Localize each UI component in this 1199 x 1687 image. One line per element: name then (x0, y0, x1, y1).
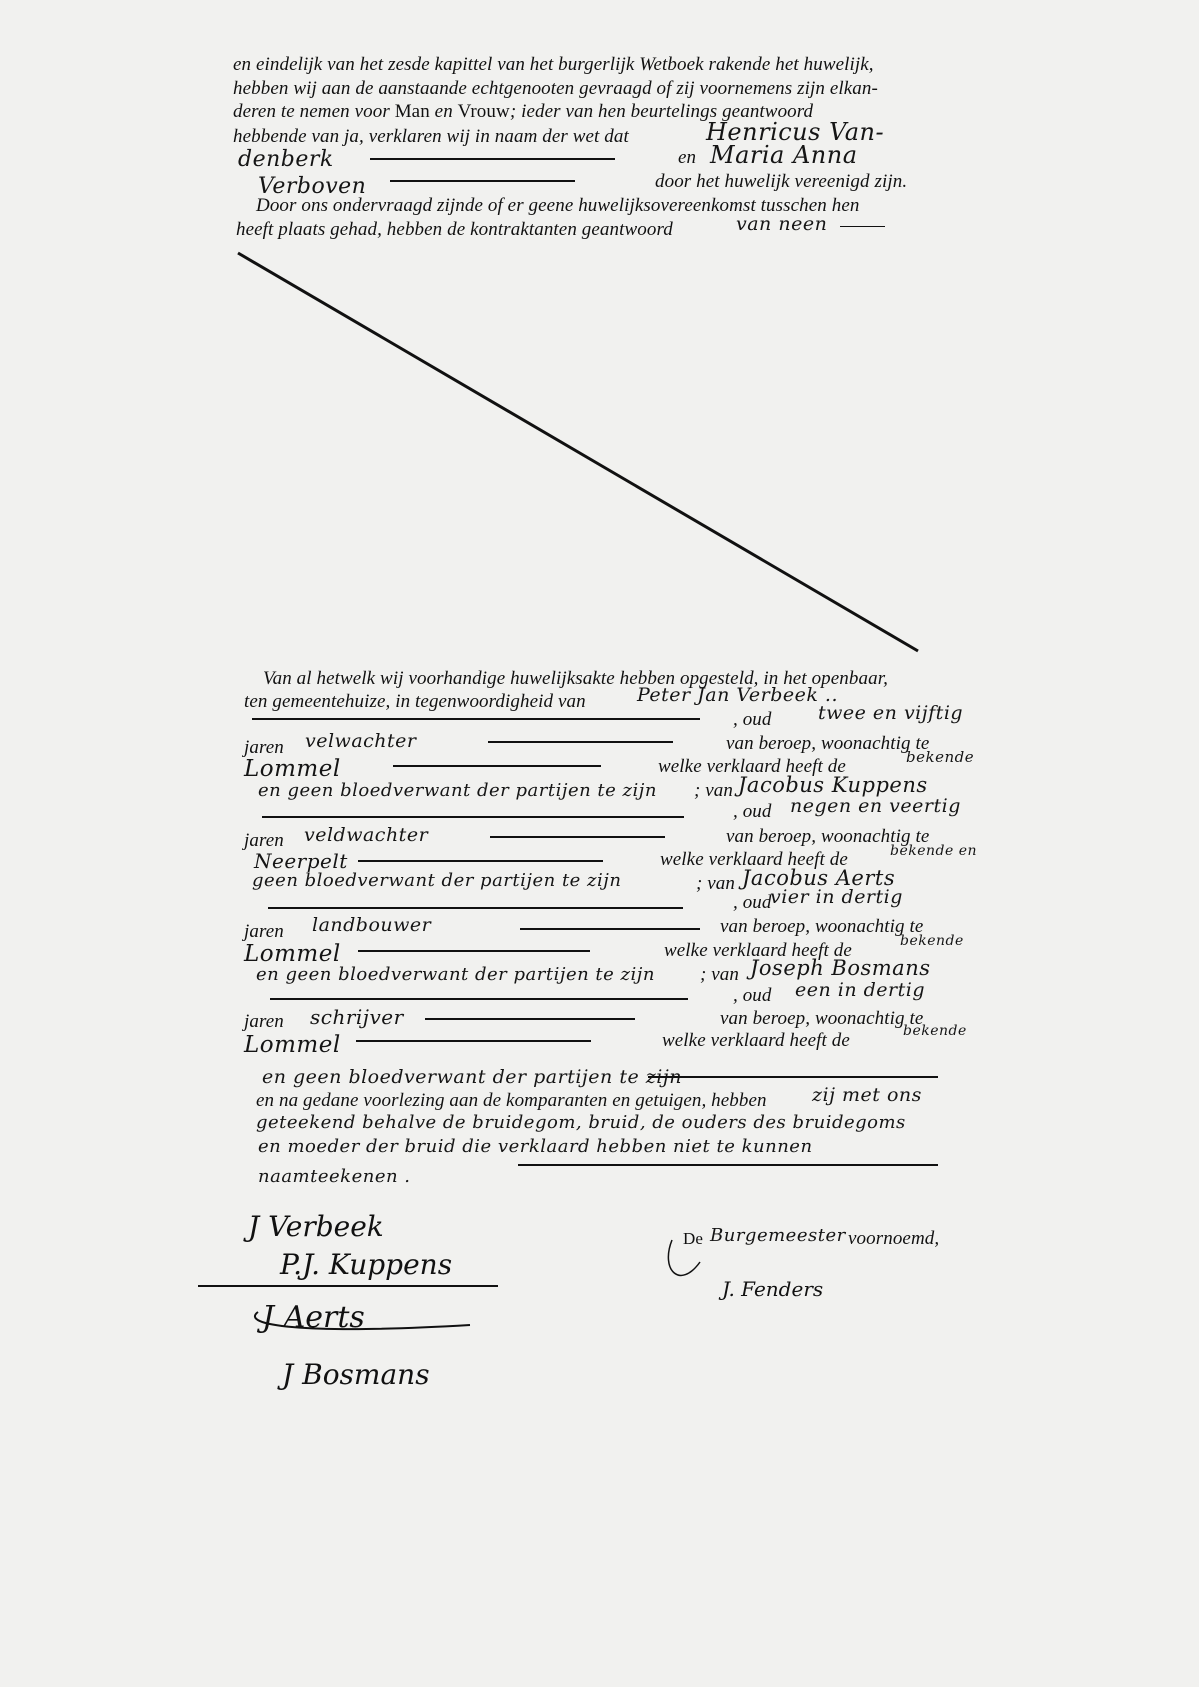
fill-line (648, 1076, 938, 1078)
fill-line (358, 950, 590, 952)
witness-residence: Lommel (244, 1032, 341, 1058)
signature-verbeek: J Verbeek (248, 1210, 384, 1243)
text-line: jaren (244, 1011, 284, 1033)
text-line: jaren (244, 921, 284, 943)
witness-age: een in dertig (795, 979, 925, 1001)
fill-line (370, 158, 615, 160)
marriage-record-page: en eindelijk van het zesde kapittel van … (0, 0, 1199, 1687)
text-line: ; van (700, 964, 739, 986)
fill-line (518, 1164, 938, 1166)
fill-line (270, 998, 688, 1000)
text-line: hebben wij aan de aanstaande echtgenoote… (233, 78, 878, 100)
closing-handwritten: en moeder der bruid die verklaard hebben… (258, 1136, 813, 1157)
text-line: van beroep, woonachtig te (720, 916, 923, 938)
text-line: ten gemeentehuize, in tegenwoordigheid v… (244, 691, 586, 713)
witness-age: vier in dertig (770, 886, 903, 908)
text-line: heeft plaats gehad, hebben de kontraktan… (236, 219, 673, 241)
bride-name-1: Maria Anna (710, 141, 858, 169)
fill-line (358, 860, 603, 862)
text-line: , oud (733, 892, 772, 914)
witness-residence: Lommel (244, 756, 341, 782)
witness-declaration: bekende (906, 748, 974, 766)
fill-line (488, 741, 673, 743)
witness-name: Joseph Bosmans (750, 956, 931, 980)
witness-occupation: schrijver (310, 1005, 404, 1029)
strike-through-diagonal (0, 0, 1199, 1687)
closing-handwritten: geteekend behalve de bruidegom, bruid, d… (256, 1112, 906, 1133)
fill-line (840, 226, 885, 227)
groom-name-2: denberk (238, 147, 334, 172)
text-line: van beroep, woonachtig te (720, 1008, 923, 1030)
fill-line (390, 180, 575, 182)
closing-handwritten: naamteekenen . (258, 1166, 411, 1187)
witness-name: Peter Jan Verbeek .. (637, 684, 838, 706)
mayor-label-title: Burgemeester (710, 1225, 846, 1246)
signature-underline (198, 1285, 498, 1287)
text-segment: en (430, 101, 458, 122)
witness-age: negen en veertig (790, 795, 961, 817)
text-line: , oud (733, 709, 772, 731)
witness-occupation: landbouwer (312, 914, 431, 936)
fill-line (268, 907, 683, 909)
signature-mayor: J. Fenders (722, 1277, 823, 1301)
text-segment: Man (395, 101, 430, 122)
fill-line (490, 836, 665, 838)
text-line: door het huwelijk vereenigd zijn. (655, 171, 907, 193)
witness-declaration: bekende en (890, 843, 977, 859)
fill-line (356, 1040, 591, 1042)
contract-answer: van neen (736, 213, 827, 235)
witness-declaration-rest: en geen bloedverwant der partijen te zij… (262, 1066, 682, 1088)
fill-line (425, 1018, 635, 1020)
closing-handwritten: zij met ons (812, 1084, 922, 1106)
witness-age: twee en vijftig (818, 702, 963, 724)
signature-bosmans: J Bosmans (282, 1358, 430, 1391)
text-line: welke verklaard heeft de (662, 1030, 850, 1052)
witness-occupation: veldwachter (304, 824, 428, 846)
text-line: en (678, 147, 696, 169)
witness-declaration: bekende (903, 1023, 967, 1039)
fill-line (520, 928, 700, 930)
fill-line (252, 718, 700, 720)
text-segment: deren te nemen voor (233, 101, 395, 122)
mayor-label-de: De (683, 1229, 703, 1249)
text-line: , oud (733, 985, 772, 1007)
text-line: , oud (733, 801, 772, 823)
signature-kuppens: P.J. Kuppens (280, 1248, 452, 1281)
mayor-label-rest: voornoemd, (848, 1228, 939, 1250)
witness-declaration-rest: en geen bloedverwant der partijen te zij… (258, 780, 657, 801)
witness-name: Jacobus Kuppens (738, 773, 928, 797)
witness-occupation: velwachter (305, 730, 417, 752)
witness-declaration-rest: en geen bloedverwant der partijen te zij… (256, 964, 655, 985)
text-line: ; van (694, 780, 733, 802)
witness-declaration: bekende (900, 933, 964, 949)
text-line: en eindelijk van het zesde kapittel van … (233, 54, 874, 76)
text-line: hebbende van ja, verklaren wij in naam d… (233, 126, 629, 148)
signature-aerts: J Aerts (262, 1300, 365, 1335)
text-segment: Vrouw (458, 101, 510, 122)
text-line: van beroep, woonachtig te (726, 733, 929, 755)
text-line: en na gedane voorlezing aan de komparant… (256, 1090, 767, 1112)
text-line: ; van (696, 873, 735, 895)
witness-declaration-rest: geen bloedverwant der partijen te zijn (252, 870, 621, 891)
fill-line (262, 816, 684, 818)
fill-line (393, 765, 601, 767)
